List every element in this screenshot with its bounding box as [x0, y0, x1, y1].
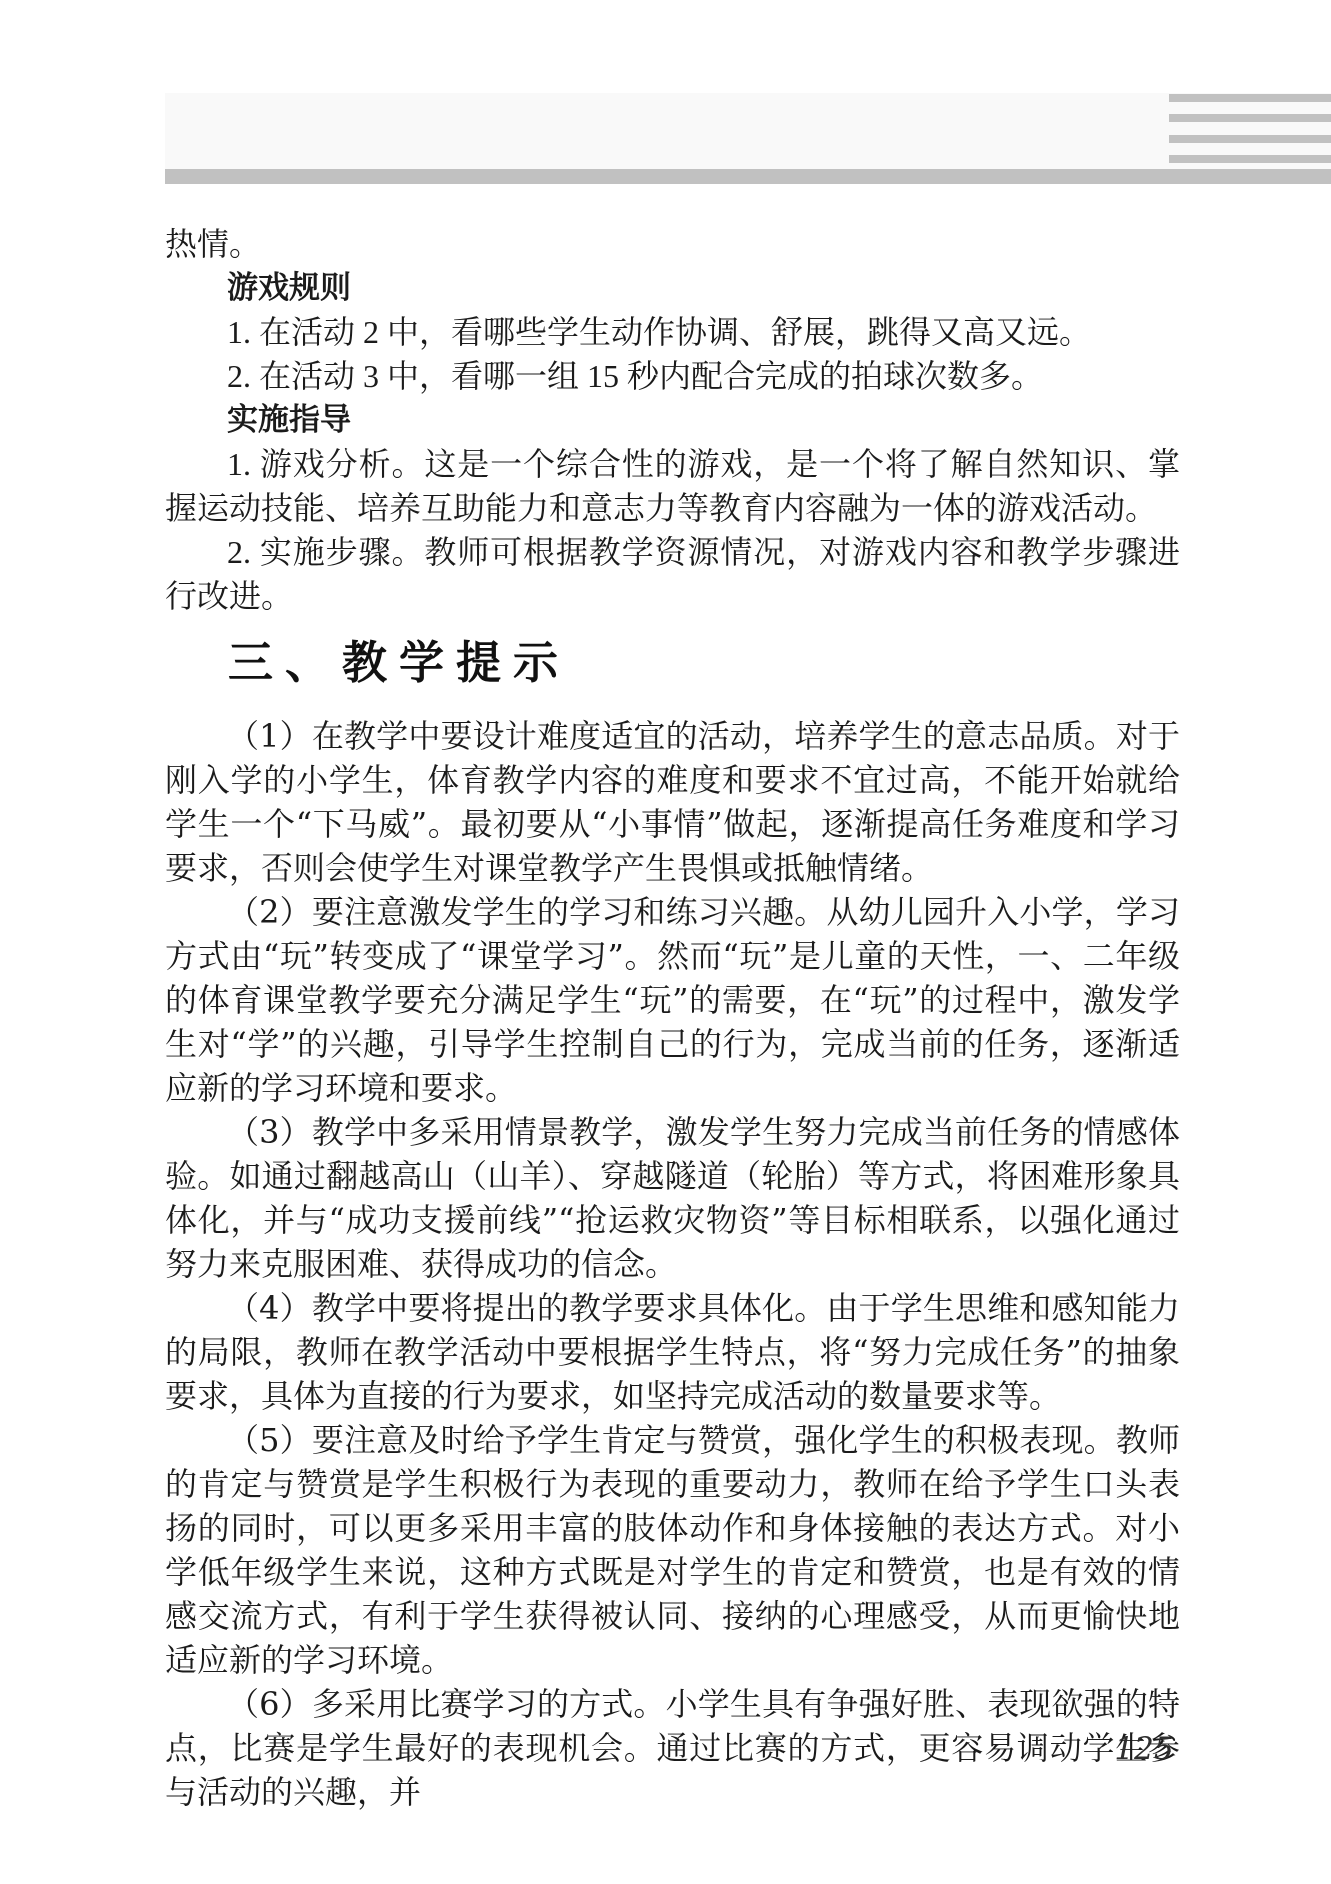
header-stripe — [1169, 155, 1331, 163]
header-band — [165, 93, 1331, 169]
header-rule — [165, 169, 1331, 184]
header-stripe — [1169, 94, 1331, 102]
subheading-game-rules: 游戏规则 — [165, 266, 1180, 310]
header-stripe — [1169, 135, 1331, 143]
section-title-teaching-tips: 三、教学提示 — [165, 634, 1180, 692]
teaching-tip-1: （1）在教学中要设计难度适宜的活动，培养学生的意志品质。对于刚入学的小学生，体育… — [165, 714, 1180, 890]
game-rule-item-2: 2. 在活动 3 中，看哪一组 15 秒内配合完成的拍球次数多。 — [165, 354, 1180, 398]
teaching-tip-2: （2）要注意激发学生的学习和练习兴趣。从幼儿园升入小学，学习方式由“玩”转变成了… — [165, 890, 1180, 1110]
game-rule-item-1: 1. 在活动 2 中，看哪些学生动作协调、舒展，跳得又高又远。 — [165, 310, 1180, 354]
teaching-tip-3: （3）教学中多采用情景教学，激发学生努力完成当前任务的情感体验。如通过翻越高山（… — [165, 1110, 1180, 1286]
guidance-item-1: 1. 游戏分析。这是一个综合性的游戏，是一个将了解自然知识、掌握运动技能、培养互… — [165, 442, 1180, 530]
teaching-tip-6: （6）多采用比赛学习的方式。小学生具有争强好胜、表现欲强的特点，比赛是学生最好的… — [165, 1682, 1180, 1814]
continuation-paragraph: 热情。 — [165, 222, 1180, 266]
teaching-tip-4: （4）教学中要将提出的教学要求具体化。由于学生思维和感知能力的局限，教师在教学活… — [165, 1286, 1180, 1418]
page-number: 125 — [1108, 1731, 1180, 1767]
page-content: 热情。游戏规则1. 在活动 2 中，看哪些学生动作协调、舒展，跳得又高又远。2.… — [165, 222, 1180, 1814]
book-page: 热情。游戏规则1. 在活动 2 中，看哪些学生动作协调、舒展，跳得又高又远。2.… — [0, 0, 1331, 1884]
teaching-tip-5: （5）要注意及时给予学生肯定与赞赏，强化学生的积极表现。教师的肯定与赞赏是学生积… — [165, 1418, 1180, 1682]
header-stripe — [1169, 114, 1331, 122]
guidance-item-2: 2. 实施步骤。教师可根据教学资源情况，对游戏内容和教学步骤进行改进。 — [165, 530, 1180, 618]
subheading-implementation-guidance: 实施指导 — [165, 398, 1180, 442]
